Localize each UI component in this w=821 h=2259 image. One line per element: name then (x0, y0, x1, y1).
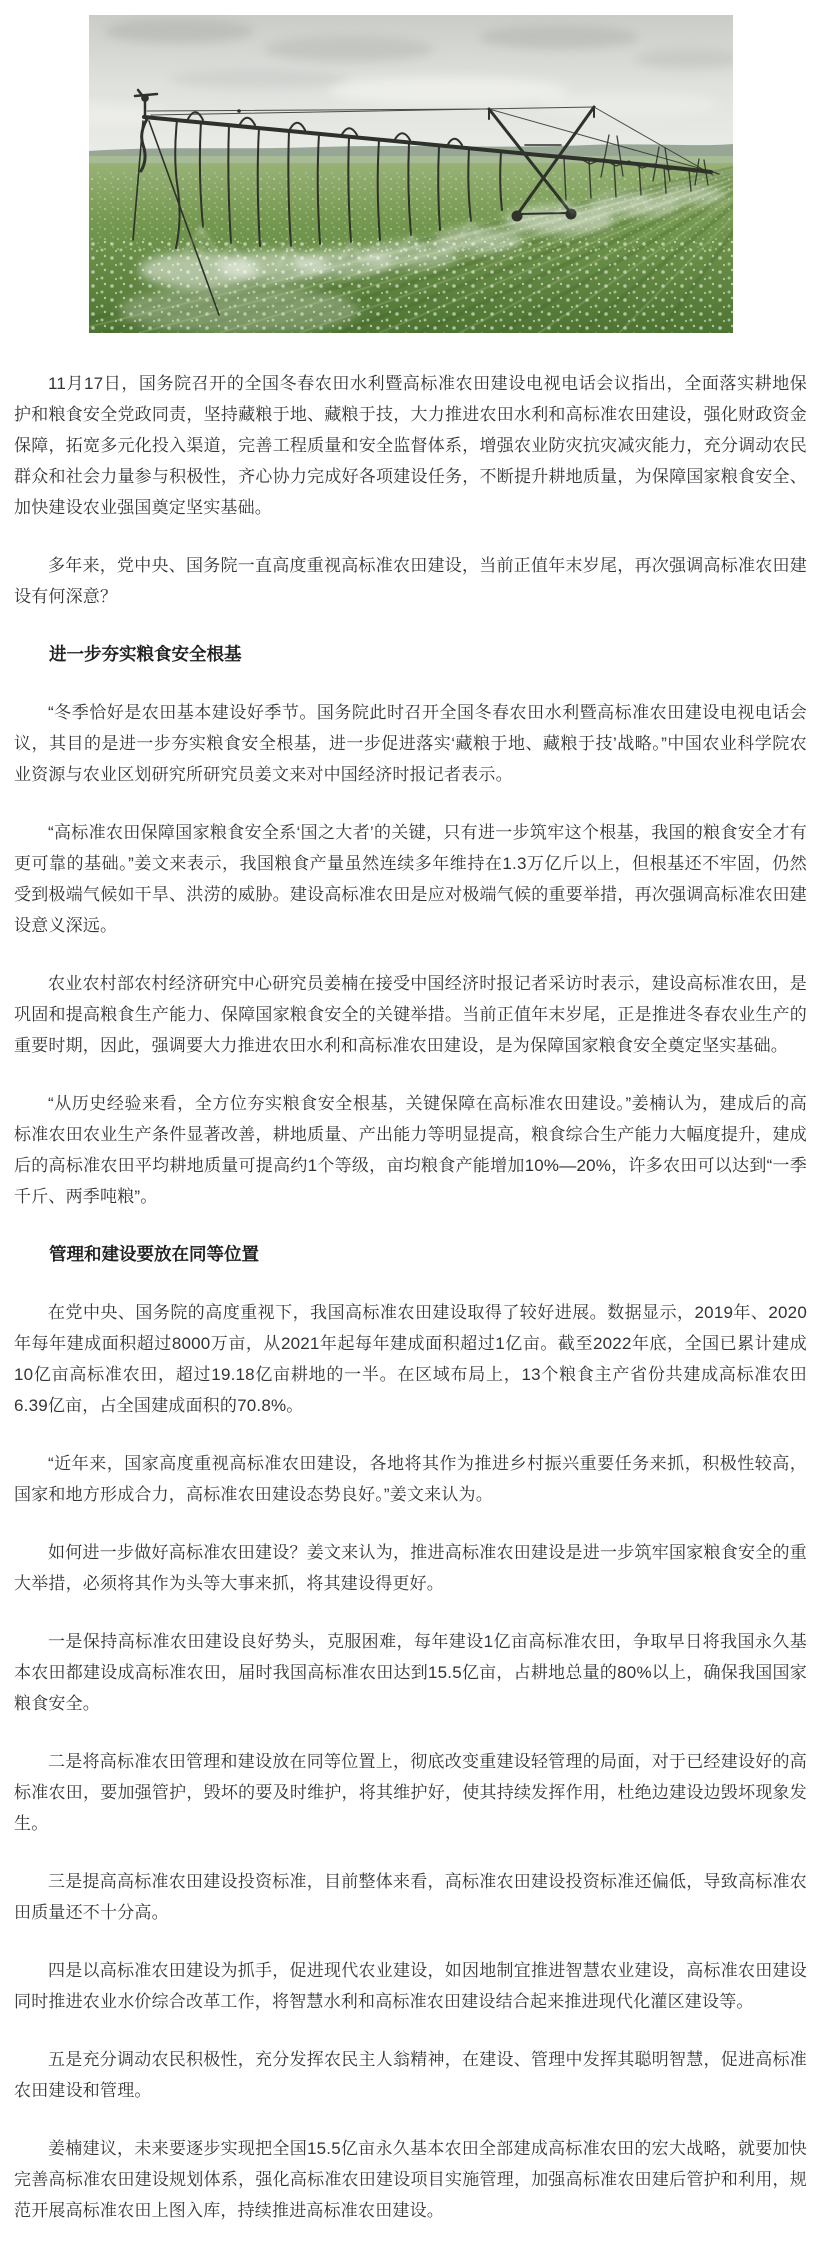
article-paragraph: 五是充分调动农民积极性，充分发挥农民主人翁精神，在建设、管理中发挥其聪明智慧，促… (14, 2044, 807, 2106)
article-paragraph: 一是保持高标准农田建设良好势头，克服困难，每年建设1亿亩高标准农田，争取早日将我… (14, 1626, 807, 1719)
article-paragraph: 四是以高标准农田建设为抓手，促进现代农业建设，如因地制宜推进智慧农业建设，高标准… (14, 1955, 807, 2017)
article-paragraph: 姜楠建议，未来要逐步实现把全国15.5亿亩永久基本农田全部建成高标准农田的宏大战… (14, 2133, 807, 2226)
irrigation-field-illustration (89, 15, 733, 333)
article-paragraph: 如何进一步做好高标准农田建设？姜文来认为，推进高标准农田建设是进一步筑牢国家粮食… (14, 1537, 807, 1599)
article-paragraph: 农业农村部农村经济研究中心研究员姜楠在接受中国经济时报记者采访时表示，建设高标准… (14, 968, 807, 1061)
hero-image (89, 15, 733, 333)
bird-on-cable (237, 109, 241, 113)
section-heading: 管理和建设要放在同等位置 (14, 1239, 807, 1270)
article-paragraph: 三是提高高标准农田建设投资标准，目前整体来看，高标准农田建设投资标准还偏低，导致… (14, 1866, 807, 1928)
article-paragraph: “从历史经验来看，全方位夯实粮食安全根基，关键保障在高标准农田建设。”姜楠认为，… (14, 1088, 807, 1212)
article-paragraph: 在党中央、国务院的高度重视下，我国高标准农田建设取得了较好进展。数据显示，201… (14, 1297, 807, 1421)
article-paragraph: 多年来，党中央、国务院一直高度重视高标准农田建设，当前正值年末岁尾，再次强调高标… (14, 550, 807, 612)
article-paragraph: “近年来，国家高度重视高标准农田建设，各地将其作为推进乡村振兴重要任务来抓，积极… (14, 1448, 807, 1510)
article-paragraph: “冬季恰好是农田基本建设好季节。国务院此时召开全国冬春农田水利暨高标准农田建设电… (14, 697, 807, 790)
article-page: 11月17日，国务院召开的全国冬春农田水利暨高标准农田建设电视电话会议指出，全面… (0, 15, 821, 2259)
article-paragraph: 二是将高标准农田管理和建设放在同等位置上，彻底改变重建设轻管理的局面，对于已经建… (14, 1746, 807, 1839)
section-heading: 进一步夯实粮食安全根基 (14, 639, 807, 670)
article-body: 11月17日，国务院召开的全国冬春农田水利暨高标准农田建设电视电话会议指出，全面… (0, 368, 821, 2259)
article-paragraph: “高标准农田保障国家粮食安全系‘国之大者’的关键，只有进一步筑牢这个根基，我国的… (14, 817, 807, 941)
article-paragraph: 11月17日，国务院召开的全国冬春农田水利暨高标准农田建设电视电话会议指出，全面… (14, 368, 807, 523)
